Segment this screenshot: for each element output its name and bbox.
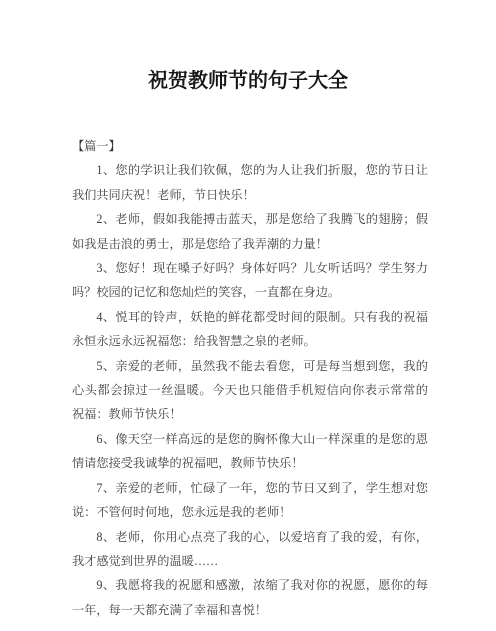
- paragraph: 4、悦耳的铃声，妖艳的鲜花都受时间的限制。只有我的祝福永恒永远永远祝福您：给我智…: [72, 305, 428, 354]
- text-line: 8、老师，你用心点亮了我的心，以爱培育了我的爱，有你，: [72, 525, 428, 549]
- document-page: 祝贺教师节的句子大全 【篇一】 1、您的学识让我们钦佩，您的为人让我们折服，您的…: [0, 0, 496, 631]
- text-line: 永恒永远永远祝福您：给我智慧之泉的老师。: [72, 329, 428, 353]
- text-line: 情请您接受我诚挚的祝福吧，教师节快乐！: [72, 451, 428, 475]
- text-line: 心头都会掠过一丝温暖。今天也只能借手机短信向你表示常常的: [72, 378, 428, 402]
- text-line: 4、悦耳的铃声，妖艳的鲜花都受时间的限制。只有我的祝福: [72, 305, 428, 329]
- text-line: 我们共同庆祝！老师，节日快乐！: [72, 183, 428, 207]
- text-line: 2、老师，假如我能搏击蓝天，那是您给了我腾飞的翅膀；假: [72, 207, 428, 231]
- text-line: 我才感觉到世界的温暖……: [72, 549, 428, 573]
- text-line: 说：不管何时何地，您永远是我的老师！: [72, 500, 428, 524]
- paragraph: 6、像天空一样高远的是您的胸怀像大山一样深重的是您的恩情请您接受我诚挚的祝福吧，…: [72, 427, 428, 476]
- section-label: 【篇一】: [72, 134, 428, 158]
- paragraph-list: 1、您的学识让我们钦佩，您的为人让我们折服，您的节日让我们共同庆祝！老师，节日快…: [72, 158, 428, 622]
- text-line: 一年，每一天都充满了幸福和喜悦！: [72, 598, 428, 622]
- text-line: 7、亲爱的老师，忙碌了一年，您的节日又到了，学生想对您: [72, 476, 428, 500]
- text-line: 祝福：教师节快乐！: [72, 402, 428, 426]
- text-line: 吗？校园的记忆和您灿烂的笑容，一直都在身边。: [72, 280, 428, 304]
- paragraph: 3、您好！现在嗓子好吗？身体好吗？儿女听话吗？学生努力吗？校园的记忆和您灿烂的笑…: [72, 256, 428, 305]
- paragraph: 1、您的学识让我们钦佩，您的为人让我们折服，您的节日让我们共同庆祝！老师，节日快…: [72, 158, 428, 207]
- text-line: 9、我愿将我的祝愿和感激，浓缩了我对你的祝愿，愿你的每: [72, 573, 428, 597]
- text-line: 6、像天空一样高远的是您的胸怀像大山一样深重的是您的恩: [72, 427, 428, 451]
- text-line: 5、亲爱的老师，虽然我不能去看您，可是每当想到您，我的: [72, 354, 428, 378]
- page-title: 祝贺教师节的句子大全: [0, 66, 496, 96]
- text-line: 如我是击浪的勇士，那是您给了我弄潮的力量！: [72, 232, 428, 256]
- paragraph: 5、亲爱的老师，虽然我不能去看您，可是每当想到您，我的心头都会掠过一丝温暖。今天…: [72, 354, 428, 427]
- paragraph: 8、老师，你用心点亮了我的心，以爱培育了我的爱，有你，我才感觉到世界的温暖……: [72, 525, 428, 574]
- paragraph: 9、我愿将我的祝愿和感激，浓缩了我对你的祝愿，愿你的每一年，每一天都充满了幸福和…: [72, 573, 428, 622]
- document-body: 【篇一】 1、您的学识让我们钦佩，您的为人让我们折服，您的节日让我们共同庆祝！老…: [72, 134, 428, 622]
- paragraph: 7、亲爱的老师，忙碌了一年，您的节日又到了，学生想对您说：不管何时何地，您永远是…: [72, 476, 428, 525]
- text-line: 3、您好！现在嗓子好吗？身体好吗？儿女听话吗？学生努力: [72, 256, 428, 280]
- paragraph: 2、老师，假如我能搏击蓝天，那是您给了我腾飞的翅膀；假如我是击浪的勇士，那是您给…: [72, 207, 428, 256]
- text-line: 1、您的学识让我们钦佩，您的为人让我们折服，您的节日让: [72, 158, 428, 182]
